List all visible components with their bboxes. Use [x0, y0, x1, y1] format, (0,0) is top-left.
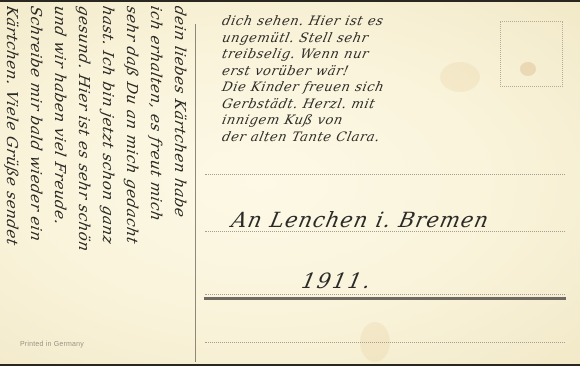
postcard-back: dein liebes Kärtchen habe ich erhalten, …	[0, 2, 580, 364]
printed-in-label: Printed in Germany	[20, 341, 84, 348]
left-message-line: Kärtchen. Viele Grüße sendet	[4, 6, 24, 358]
left-message-line: hast. Ich bin jetzt schon ganz	[96, 6, 120, 358]
left-message-line: Schreibe mir bald wieder ein	[24, 6, 48, 358]
left-message-line: und wir haben viel Freude.	[48, 6, 72, 358]
right-message-line: dich sehen. Hier ist es	[220, 14, 484, 31]
right-message-line: treibselig. Wenn nur	[220, 47, 484, 64]
right-message-line: ungemütl. Stell sehr	[220, 31, 484, 48]
address-recipient: An Lenchen i. Bremen	[229, 208, 491, 232]
address-year: 1911.	[299, 269, 374, 293]
left-message-line: dein liebes Kärtchen habe	[168, 6, 192, 358]
address-rule	[205, 231, 565, 232]
address-solid-rule	[204, 297, 566, 300]
right-message-line: innigem Kuß von	[220, 113, 484, 130]
right-message-line: Die Kinder freuen sich	[220, 80, 484, 97]
left-message-line: ich erhalten, es freut mich	[144, 6, 168, 358]
address-rule	[205, 342, 565, 343]
left-message-line: gesund. Hier ist es sehr schön	[72, 6, 96, 358]
vertical-divider	[195, 24, 196, 362]
right-message-line: Gerbstädt. Herzl. mit	[220, 97, 484, 114]
left-message: dein liebes Kärtchen habe ich erhalten, …	[4, 6, 192, 358]
left-message-line: sehr daß Du an mich gedacht	[120, 6, 144, 358]
right-message-line: erst vorüber wär!	[220, 64, 484, 81]
right-message: dich sehen. Hier ist es ungemütl. Stell …	[222, 14, 482, 146]
right-message-line: der alten Tante Clara.	[220, 130, 484, 147]
address-rule	[205, 174, 565, 175]
address-rule	[205, 294, 565, 295]
stamp-box	[500, 21, 563, 87]
